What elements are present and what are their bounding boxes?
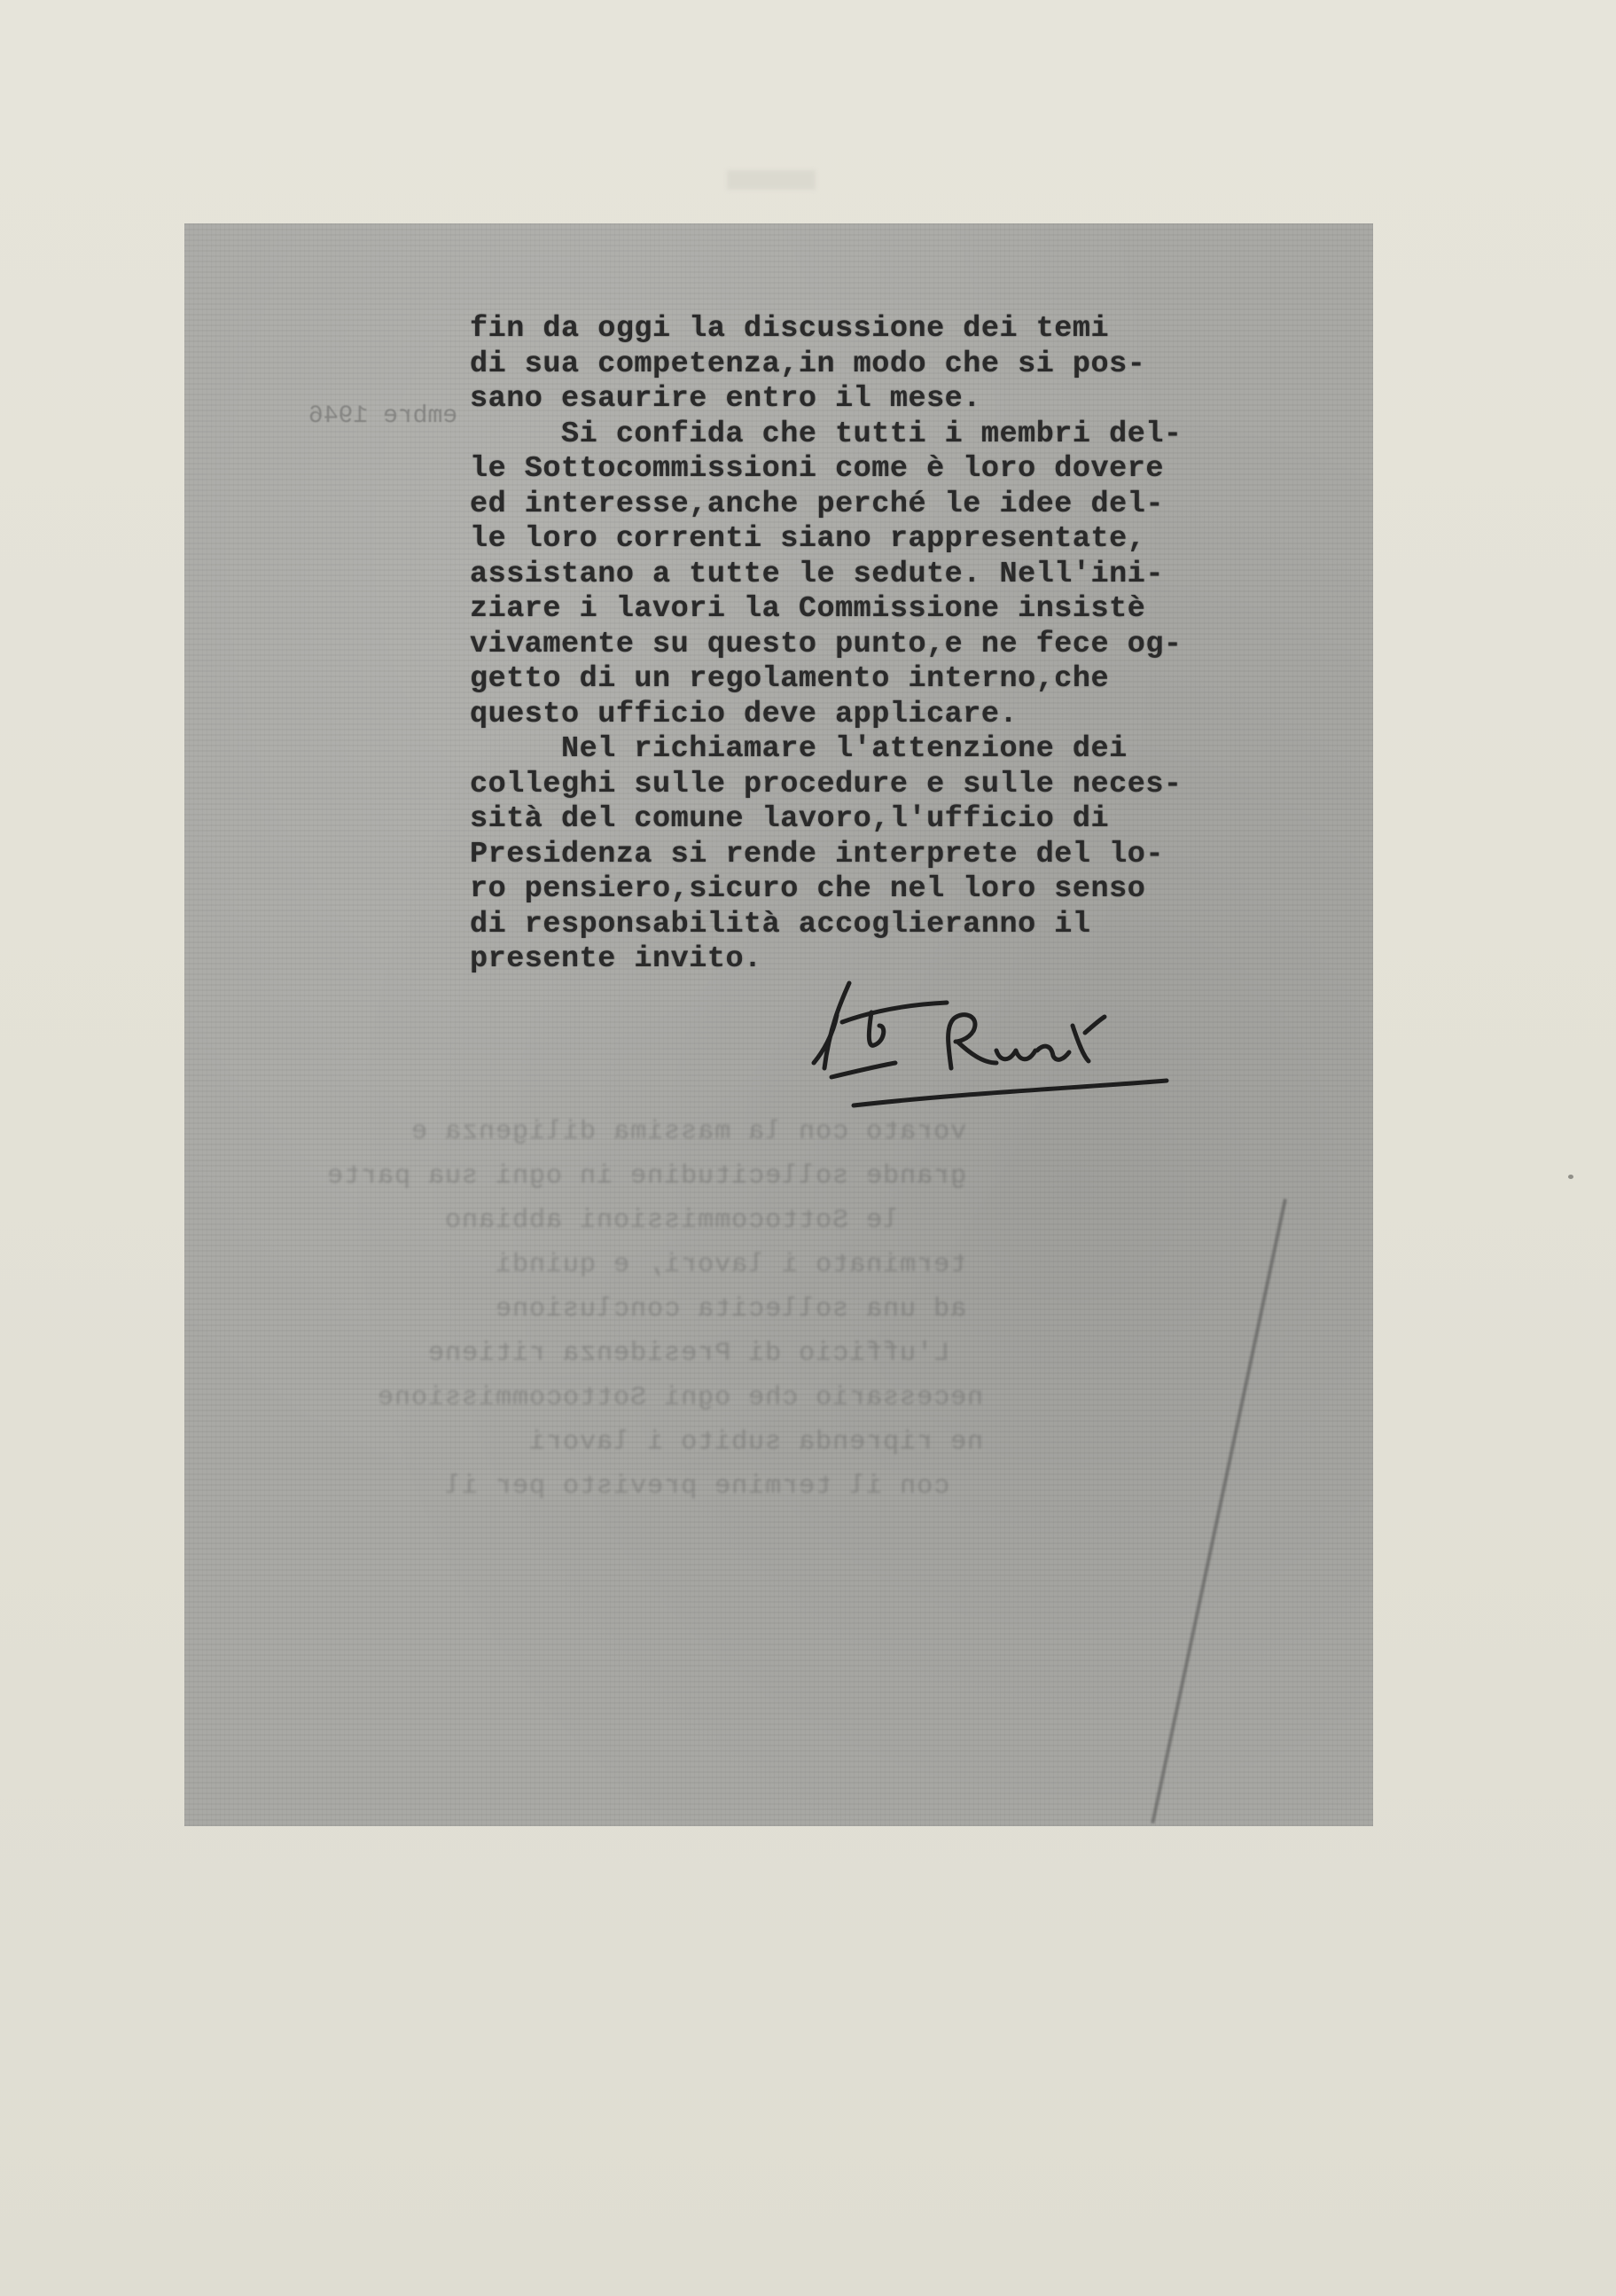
text-line: sano esaurire entro il mese. (470, 382, 1321, 418)
text-line: le loro correnti siano rappresentate, (470, 522, 1321, 558)
bleed-through-date: embre 1946 (308, 402, 457, 430)
text-line: Nel richiamare l'attenzione dei (470, 732, 1321, 768)
text-line: ziare i lavori la Commissione insistè (470, 592, 1321, 628)
text-line: colleghi sulle procedure e sulle neces- (470, 768, 1321, 803)
text-line: getto di un regolamento interno,che (470, 662, 1321, 698)
text-line: di responsabilità accoglieranno il (470, 908, 1321, 943)
text-line: Si confida che tutti i membri del- (470, 418, 1321, 453)
handwritten-signature (787, 964, 1319, 1114)
text-line: questo ufficio deve applicare. (470, 698, 1321, 733)
stray-mark (1568, 1175, 1573, 1179)
signature-icon (787, 964, 1319, 1114)
book-page: embre 1946 vorato con la massima diligen… (0, 0, 1616, 2296)
text-line: ed interesse,anche perché le idee del- (470, 488, 1321, 523)
text-line: fin da oggi la discussione dei temi (470, 312, 1321, 348)
document-facsimile: embre 1946 vorato con la massima diligen… (184, 223, 1373, 1826)
text-line: assistano a tutte le sedute. Nell'ini- (470, 558, 1321, 593)
text-line: di sua competenza,in modo che si pos- (470, 348, 1321, 383)
text-line: ro pensiero,sicuro che nel loro senso (470, 872, 1321, 908)
typed-letter-body: fin da oggi la discussione dei temi di s… (470, 312, 1321, 978)
text-line: vivamente su questo punto,e ne fece og- (470, 628, 1321, 663)
text-line: Presidenza si rende interprete del lo- (470, 838, 1321, 873)
bleed-through-text: vorato con la massima diligenza e grande… (326, 1110, 1000, 1509)
text-line: le Sottocommissioni come è loro dovere (470, 452, 1321, 488)
text-line: sità del comune lavoro,l'ufficio di (470, 802, 1321, 838)
faint-header-mark (727, 170, 816, 190)
